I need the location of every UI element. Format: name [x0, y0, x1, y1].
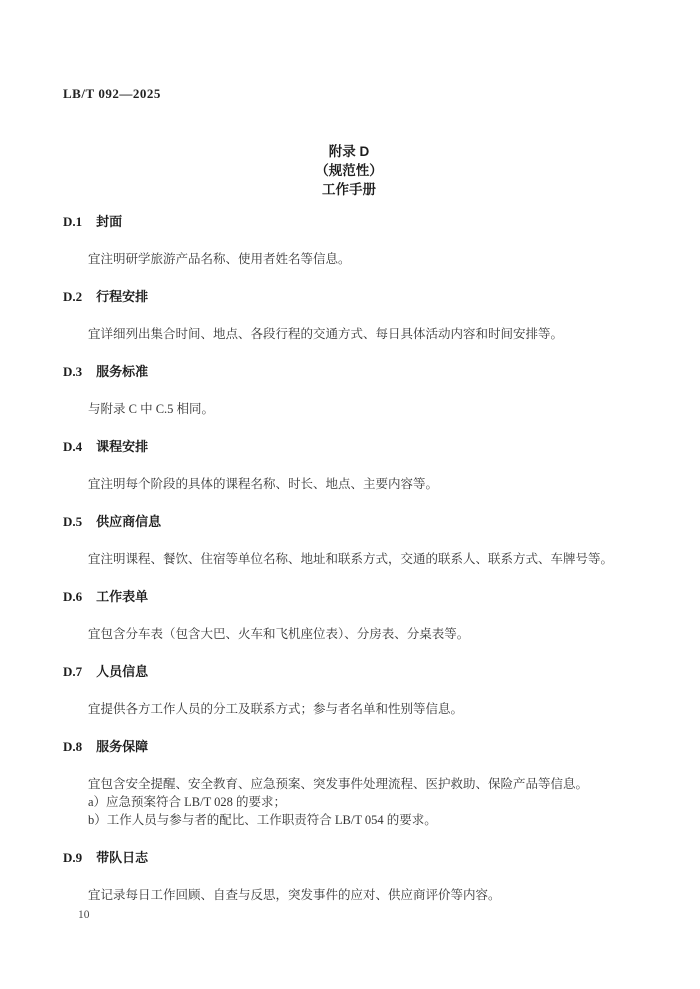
section-paragraph: 宜提供各方工作人员的分工及联系方式；参与者名单和性别等信息。	[88, 700, 635, 718]
section-d2: D.2行程安排 宜详细列出集合时间、地点、各段行程的交通方式、每日具体活动内容和…	[63, 289, 635, 343]
section-title: 带队日志	[96, 850, 148, 865]
section-d8: D.8服务保障 宜包含安全提醒、安全教育、应急预案、突发事件处理流程、医护救助、…	[63, 739, 635, 829]
section-list-item-a: a）应急预案符合 LB/T 028 的要求；	[88, 793, 635, 811]
section-paragraph: 宜记录每日工作回顾、自查与反思，突发事件的应对、供应商评价等内容。	[88, 886, 635, 904]
section-title: 课程安排	[96, 439, 148, 454]
section-body: 宜提供各方工作人员的分工及联系方式；参与者名单和性别等信息。	[63, 700, 635, 718]
appendix-title: 附录 D （规范性） 工作手册	[63, 142, 635, 199]
section-body: 宜包含安全提醒、安全教育、应急预案、突发事件处理流程、医护救助、保险产品等信息。…	[63, 775, 635, 829]
section-title: 服务保障	[96, 739, 148, 754]
section-body: 与附录 C 中 C.5 相同。	[63, 400, 635, 418]
section-number: D.1	[63, 214, 82, 229]
appendix-normative-label: （规范性）	[63, 161, 635, 180]
section-d9: D.9带队日志 宜记录每日工作回顾、自查与反思，突发事件的应对、供应商评价等内容…	[63, 850, 635, 904]
section-body: 宜注明每个阶段的具体的课程名称、时长、地点、主要内容等。	[63, 475, 635, 493]
appendix-title-line: 附录 D	[63, 142, 635, 161]
section-heading: D.8服务保障	[63, 739, 635, 754]
section-heading: D.6工作表单	[63, 589, 635, 604]
section-title: 人员信息	[96, 664, 148, 679]
standard-prefix: LB/T	[63, 86, 95, 101]
document-page: LB/T 092—2025 附录 D （规范性） 工作手册 D.1封面 宜注明研…	[0, 0, 700, 989]
section-heading: D.3服务标准	[63, 364, 635, 379]
section-d6: D.6工作表单 宜包含分车表（包含大巴、火车和飞机座位表）、分房表、分桌表等。	[63, 589, 635, 643]
section-list-item-b: b）工作人员与参与者的配比、工作职责符合 LB/T 054 的要求。	[88, 811, 635, 829]
section-paragraph: 宜注明研学旅游产品名称、使用者姓名等信息。	[88, 250, 635, 268]
section-paragraph: 与附录 C 中 C.5 相同。	[88, 400, 635, 418]
section-title: 服务标准	[96, 364, 148, 379]
section-number: D.6	[63, 589, 82, 604]
section-d4: D.4课程安排 宜注明每个阶段的具体的课程名称、时长、地点、主要内容等。	[63, 439, 635, 493]
section-title: 封面	[96, 214, 122, 229]
section-heading: D.1封面	[63, 214, 635, 229]
section-number: D.2	[63, 289, 82, 304]
section-d7: D.7人员信息 宜提供各方工作人员的分工及联系方式；参与者名单和性别等信息。	[63, 664, 635, 718]
section-title: 行程安排	[96, 289, 148, 304]
section-number: D.7	[63, 664, 82, 679]
section-d1: D.1封面 宜注明研学旅游产品名称、使用者姓名等信息。	[63, 214, 635, 268]
section-paragraph: 宜注明课程、餐饮、住宿等单位名称、地址和联系方式，交通的联系人、联系方式、车牌号…	[88, 550, 635, 568]
section-body: 宜注明研学旅游产品名称、使用者姓名等信息。	[63, 250, 635, 268]
section-heading: D.4课程安排	[63, 439, 635, 454]
standard-code: 092—2025	[98, 86, 161, 101]
section-title: 工作表单	[96, 589, 148, 604]
sections-container: D.1封面 宜注明研学旅游产品名称、使用者姓名等信息。 D.2行程安排 宜详细列…	[63, 214, 635, 904]
section-body: 宜详细列出集合时间、地点、各段行程的交通方式、每日具体活动内容和时间安排等。	[63, 325, 635, 343]
section-paragraph: 宜详细列出集合时间、地点、各段行程的交通方式、每日具体活动内容和时间安排等。	[88, 325, 635, 343]
section-paragraph: 宜包含分车表（包含大巴、火车和飞机座位表）、分房表、分桌表等。	[88, 625, 635, 643]
section-number: D.5	[63, 514, 82, 529]
page-number: 10	[78, 909, 90, 921]
section-number: D.3	[63, 364, 82, 379]
appendix-subtitle: 工作手册	[63, 180, 635, 199]
standard-number: LB/T 092—2025	[63, 86, 635, 102]
section-body: 宜记录每日工作回顾、自查与反思，突发事件的应对、供应商评价等内容。	[63, 886, 635, 904]
section-number: D.9	[63, 850, 82, 865]
section-number: D.8	[63, 739, 82, 754]
section-heading: D.2行程安排	[63, 289, 635, 304]
section-paragraph: 宜注明每个阶段的具体的课程名称、时长、地点、主要内容等。	[88, 475, 635, 493]
section-title: 供应商信息	[96, 514, 161, 529]
section-d3: D.3服务标准 与附录 C 中 C.5 相同。	[63, 364, 635, 418]
section-number: D.4	[63, 439, 82, 454]
section-heading: D.7人员信息	[63, 664, 635, 679]
section-d5: D.5供应商信息 宜注明课程、餐饮、住宿等单位名称、地址和联系方式，交通的联系人…	[63, 514, 635, 568]
section-body: 宜包含分车表（包含大巴、火车和飞机座位表）、分房表、分桌表等。	[63, 625, 635, 643]
section-heading: D.9带队日志	[63, 850, 635, 865]
section-paragraph: 宜包含安全提醒、安全教育、应急预案、突发事件处理流程、医护救助、保险产品等信息。	[88, 775, 635, 793]
section-body: 宜注明课程、餐饮、住宿等单位名称、地址和联系方式，交通的联系人、联系方式、车牌号…	[63, 550, 635, 568]
section-heading: D.5供应商信息	[63, 514, 635, 529]
